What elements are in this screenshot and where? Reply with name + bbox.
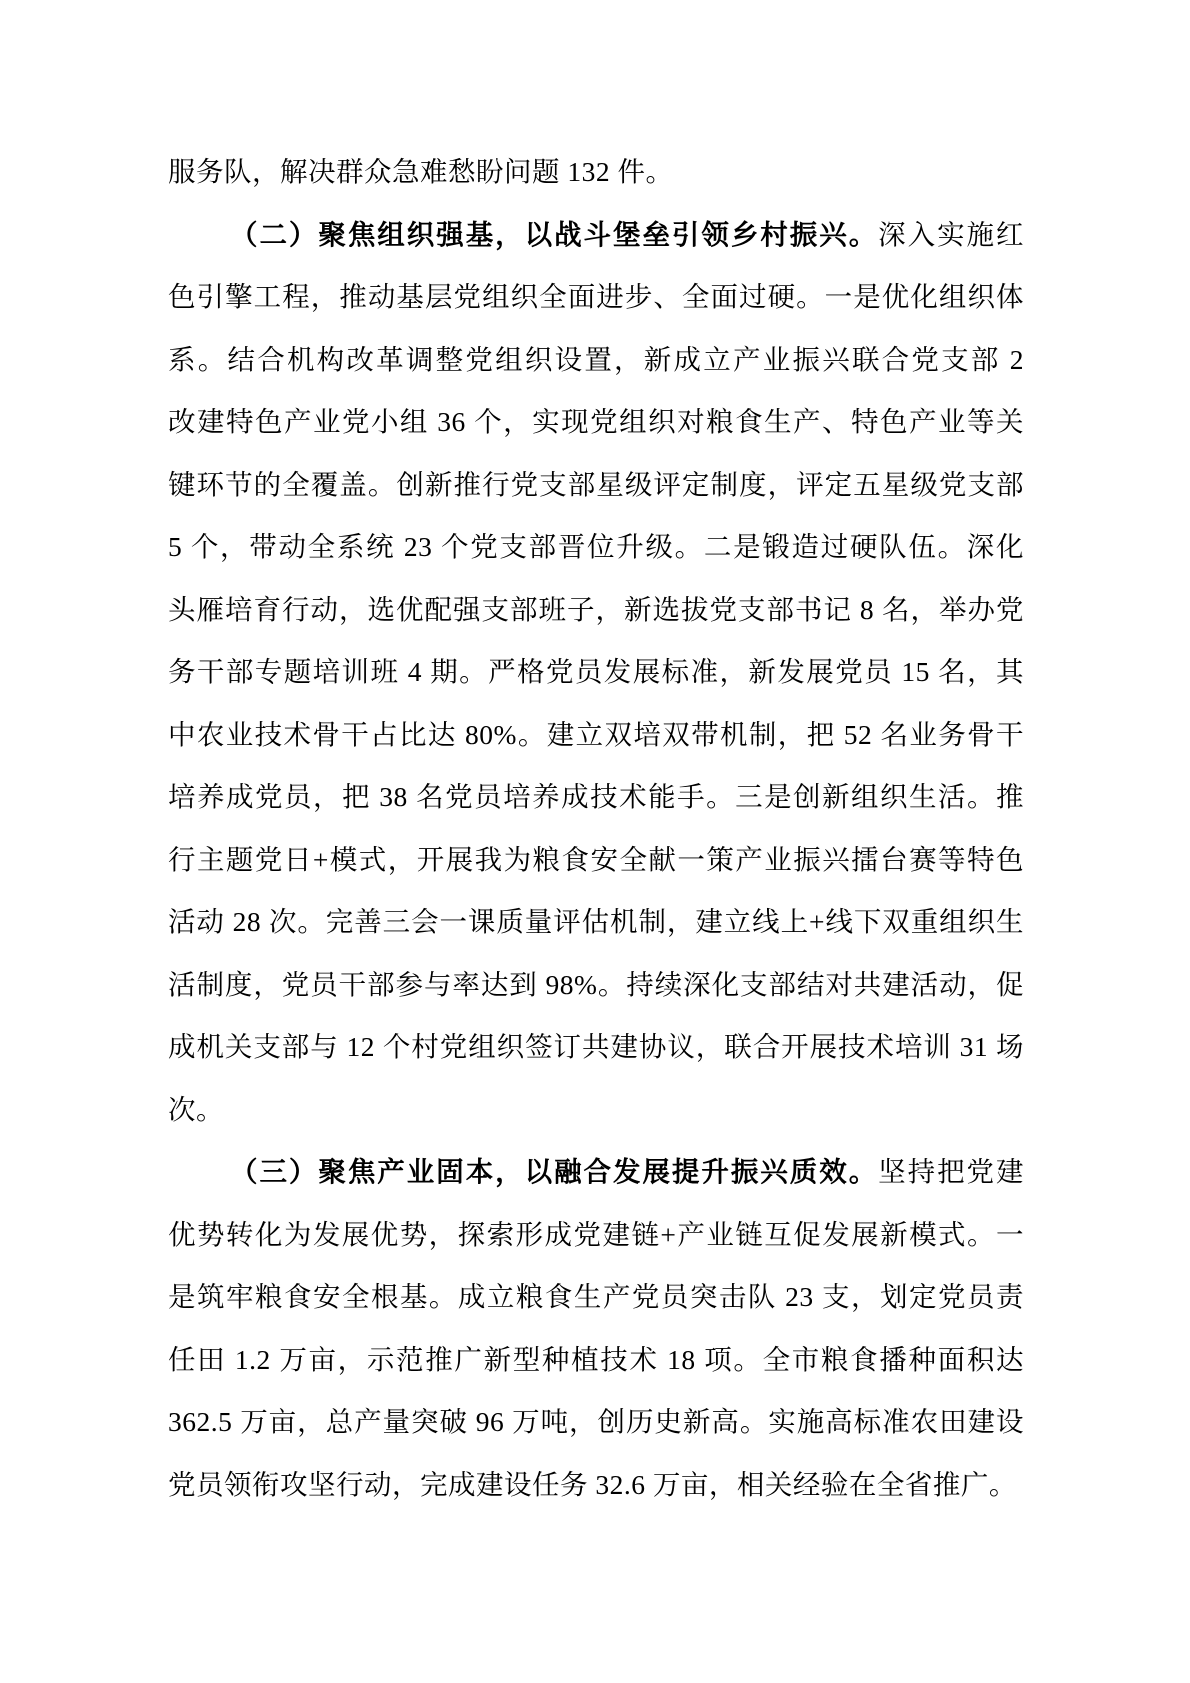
text-line: （三）聚焦产业固本，以融合发展提升振兴质效。坚持把党建 [168, 1141, 1024, 1204]
body-text: 362.5 万亩，总产量突破 96 万吨，创历史新高。实施高标准农田建设 [168, 1406, 1024, 1437]
body-text: 色引擎工程，推动基层党组织全面进步、全面过硬。一是优化组织体 [168, 281, 1024, 312]
section-heading-text: （二）聚焦组织强基，以战斗堡垒引领乡村振兴。 [230, 219, 878, 250]
text-line: （二）聚焦组织强基，以战斗堡垒引领乡村振兴。深入实施红 [168, 204, 1024, 267]
body-text: 党员领衔攻坚行动，完成建设任务 32.6 万亩，相关经验在全省推广。 [168, 1469, 1017, 1500]
text-line: 优势转化为发展优势，探索形成党建链+产业链互促发展新模式。一 [168, 1204, 1024, 1267]
text-line: 色引擎工程，推动基层党组织全面进步、全面过硬。一是优化组织体 [168, 266, 1024, 329]
section-heading-text: （三）聚焦产业固本，以融合发展提升振兴质效。 [230, 1156, 878, 1187]
body-text: 任田 1.2 万亩，示范推广新型种植技术 18 项。全市粮食播种面积达 [168, 1344, 1024, 1375]
text-line: 键环节的全覆盖。创新推行党支部星级评定制度，评定五星级党支部 [168, 454, 1024, 517]
body-text: 5 个，带动全系统 23 个党支部晋位升级。二是锻造过硬队伍。深化 [168, 531, 1024, 562]
text-line: 活动 28 次。完善三会一课质量评估机制，建立线上+线下双重组织生 [168, 891, 1024, 954]
body-text: 活制度，党员干部参与率达到 98%。持续深化支部结对共建活动，促 [168, 969, 1024, 1000]
body-text: 坚持把党建 [878, 1156, 1024, 1187]
body-text: 活动 28 次。完善三会一课质量评估机制，建立线上+线下双重组织生 [168, 906, 1024, 937]
body-text: 系。结合机构改革调整党组织设置，新成立产业振兴联合党支部 2 个， [168, 344, 1024, 392]
text-line: 任田 1.2 万亩，示范推广新型种植技术 18 项。全市粮食播种面积达 [168, 1329, 1024, 1392]
text-line: 系。结合机构改革调整党组织设置，新成立产业振兴联合党支部 2 个， [168, 329, 1024, 392]
body-text: 成机关支部与 12 个村党组织签订共建协议，联合开展技术培训 31 场 [168, 1031, 1024, 1062]
text-line: 服务队，解决群众急难愁盼问题 132 件。 [168, 141, 1024, 204]
text-line: 5 个，带动全系统 23 个党支部晋位升级。二是锻造过硬队伍。深化 [168, 516, 1024, 579]
text-line: 活制度，党员干部参与率达到 98%。持续深化支部结对共建活动，促 [168, 954, 1024, 1017]
text-line: 362.5 万亩，总产量突破 96 万吨，创历史新高。实施高标准农田建设 [168, 1391, 1024, 1454]
body-text: 是筑牢粮食安全根基。成立粮食生产党员突击队 23 支，划定党员责 [168, 1281, 1024, 1312]
body-text: 优势转化为发展优势，探索形成党建链+产业链互促发展新模式。一 [168, 1219, 1024, 1250]
text-line: 改建特色产业党小组 36 个，实现党组织对粮食生产、特色产业等关 [168, 391, 1024, 454]
text-line: 头雁培育行动，选优配强支部班子，新选拔党支部书记 8 名，举办党 [168, 579, 1024, 642]
document-page: 服务队，解决群众急难愁盼问题 132 件。（二）聚焦组织强基，以战斗堡垒引领乡村… [0, 0, 1190, 1683]
text-line: 次。 [168, 1079, 1024, 1142]
text-line: 行主题党日+模式，开展我为粮食安全献一策产业振兴擂台赛等特色 [168, 829, 1024, 892]
text-line: 成机关支部与 12 个村党组织签订共建协议，联合开展技术培训 31 场 [168, 1016, 1024, 1079]
body-text: 服务队，解决群众急难愁盼问题 132 件。 [168, 156, 674, 187]
body-text: 头雁培育行动，选优配强支部班子，新选拔党支部书记 8 名，举办党 [168, 594, 1024, 625]
body-text: 务干部专题培训班 4 期。严格党员发展标准，新发展党员 15 名，其 [168, 656, 1024, 687]
text-line: 是筑牢粮食安全根基。成立粮食生产党员突击队 23 支，划定党员责 [168, 1266, 1024, 1329]
body-text: 键环节的全覆盖。创新推行党支部星级评定制度，评定五星级党支部 [168, 469, 1024, 500]
text-line: 务干部专题培训班 4 期。严格党员发展标准，新发展党员 15 名，其 [168, 641, 1024, 704]
text-line: 培养成党员，把 38 名党员培养成技术能手。三是创新组织生活。推 [168, 766, 1024, 829]
body-text: 次。 [168, 1094, 224, 1125]
body-text: 深入实施红 [878, 219, 1024, 250]
document-body: 服务队，解决群众急难愁盼问题 132 件。（二）聚焦组织强基，以战斗堡垒引领乡村… [168, 141, 1024, 1516]
body-text: 改建特色产业党小组 36 个，实现党组织对粮食生产、特色产业等关 [168, 406, 1024, 437]
body-text: 培养成党员，把 38 名党员培养成技术能手。三是创新组织生活。推 [168, 781, 1024, 812]
body-text: 中农业技术骨干占比达 80%。建立双培双带机制，把 52 名业务骨干 [168, 719, 1024, 750]
text-line: 中农业技术骨干占比达 80%。建立双培双带机制，把 52 名业务骨干 [168, 704, 1024, 767]
text-line: 党员领衔攻坚行动，完成建设任务 32.6 万亩，相关经验在全省推广。 [168, 1454, 1024, 1517]
body-text: 行主题党日+模式，开展我为粮食安全献一策产业振兴擂台赛等特色 [168, 844, 1024, 875]
